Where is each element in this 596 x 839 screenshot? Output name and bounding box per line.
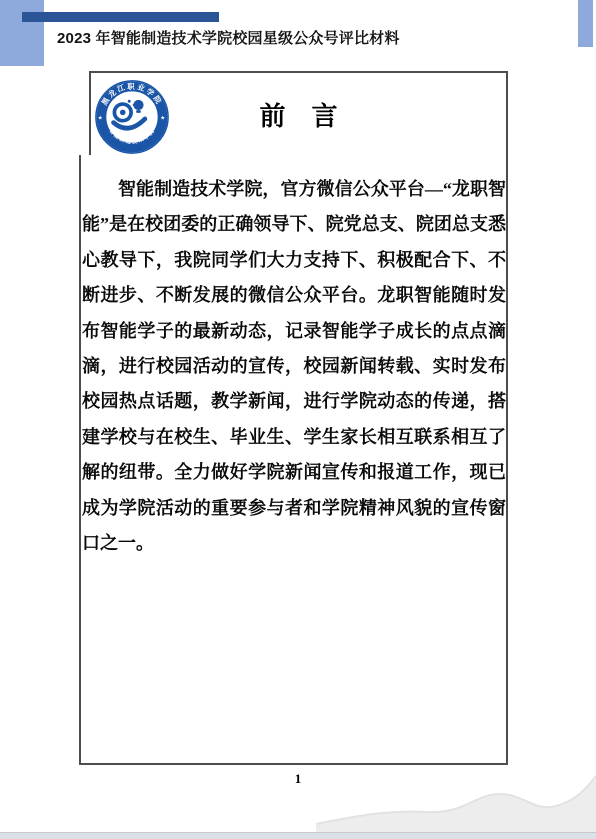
preface-body: 智能制造技术学院，官方微信公众平台—“龙职智能”是在校团委的正确领导下、院党总支… [82,172,506,561]
document-header-title: 2023 年智能制造技术学院校园星级公众号评比材料 [57,27,537,48]
preface-title: 前 言 [89,96,508,133]
corner-wave-decoration [316,760,596,832]
wave-shape [316,776,596,832]
header-accent-bar [22,12,219,22]
document-page: 2023 年智能制造技术学院校园星级公众号评比材料 黑龙江职业学院 智能制造技术… [0,0,596,839]
corner-accent-square [0,0,44,66]
right-accent-bar [578,0,593,47]
bottom-accent-band [0,832,596,839]
